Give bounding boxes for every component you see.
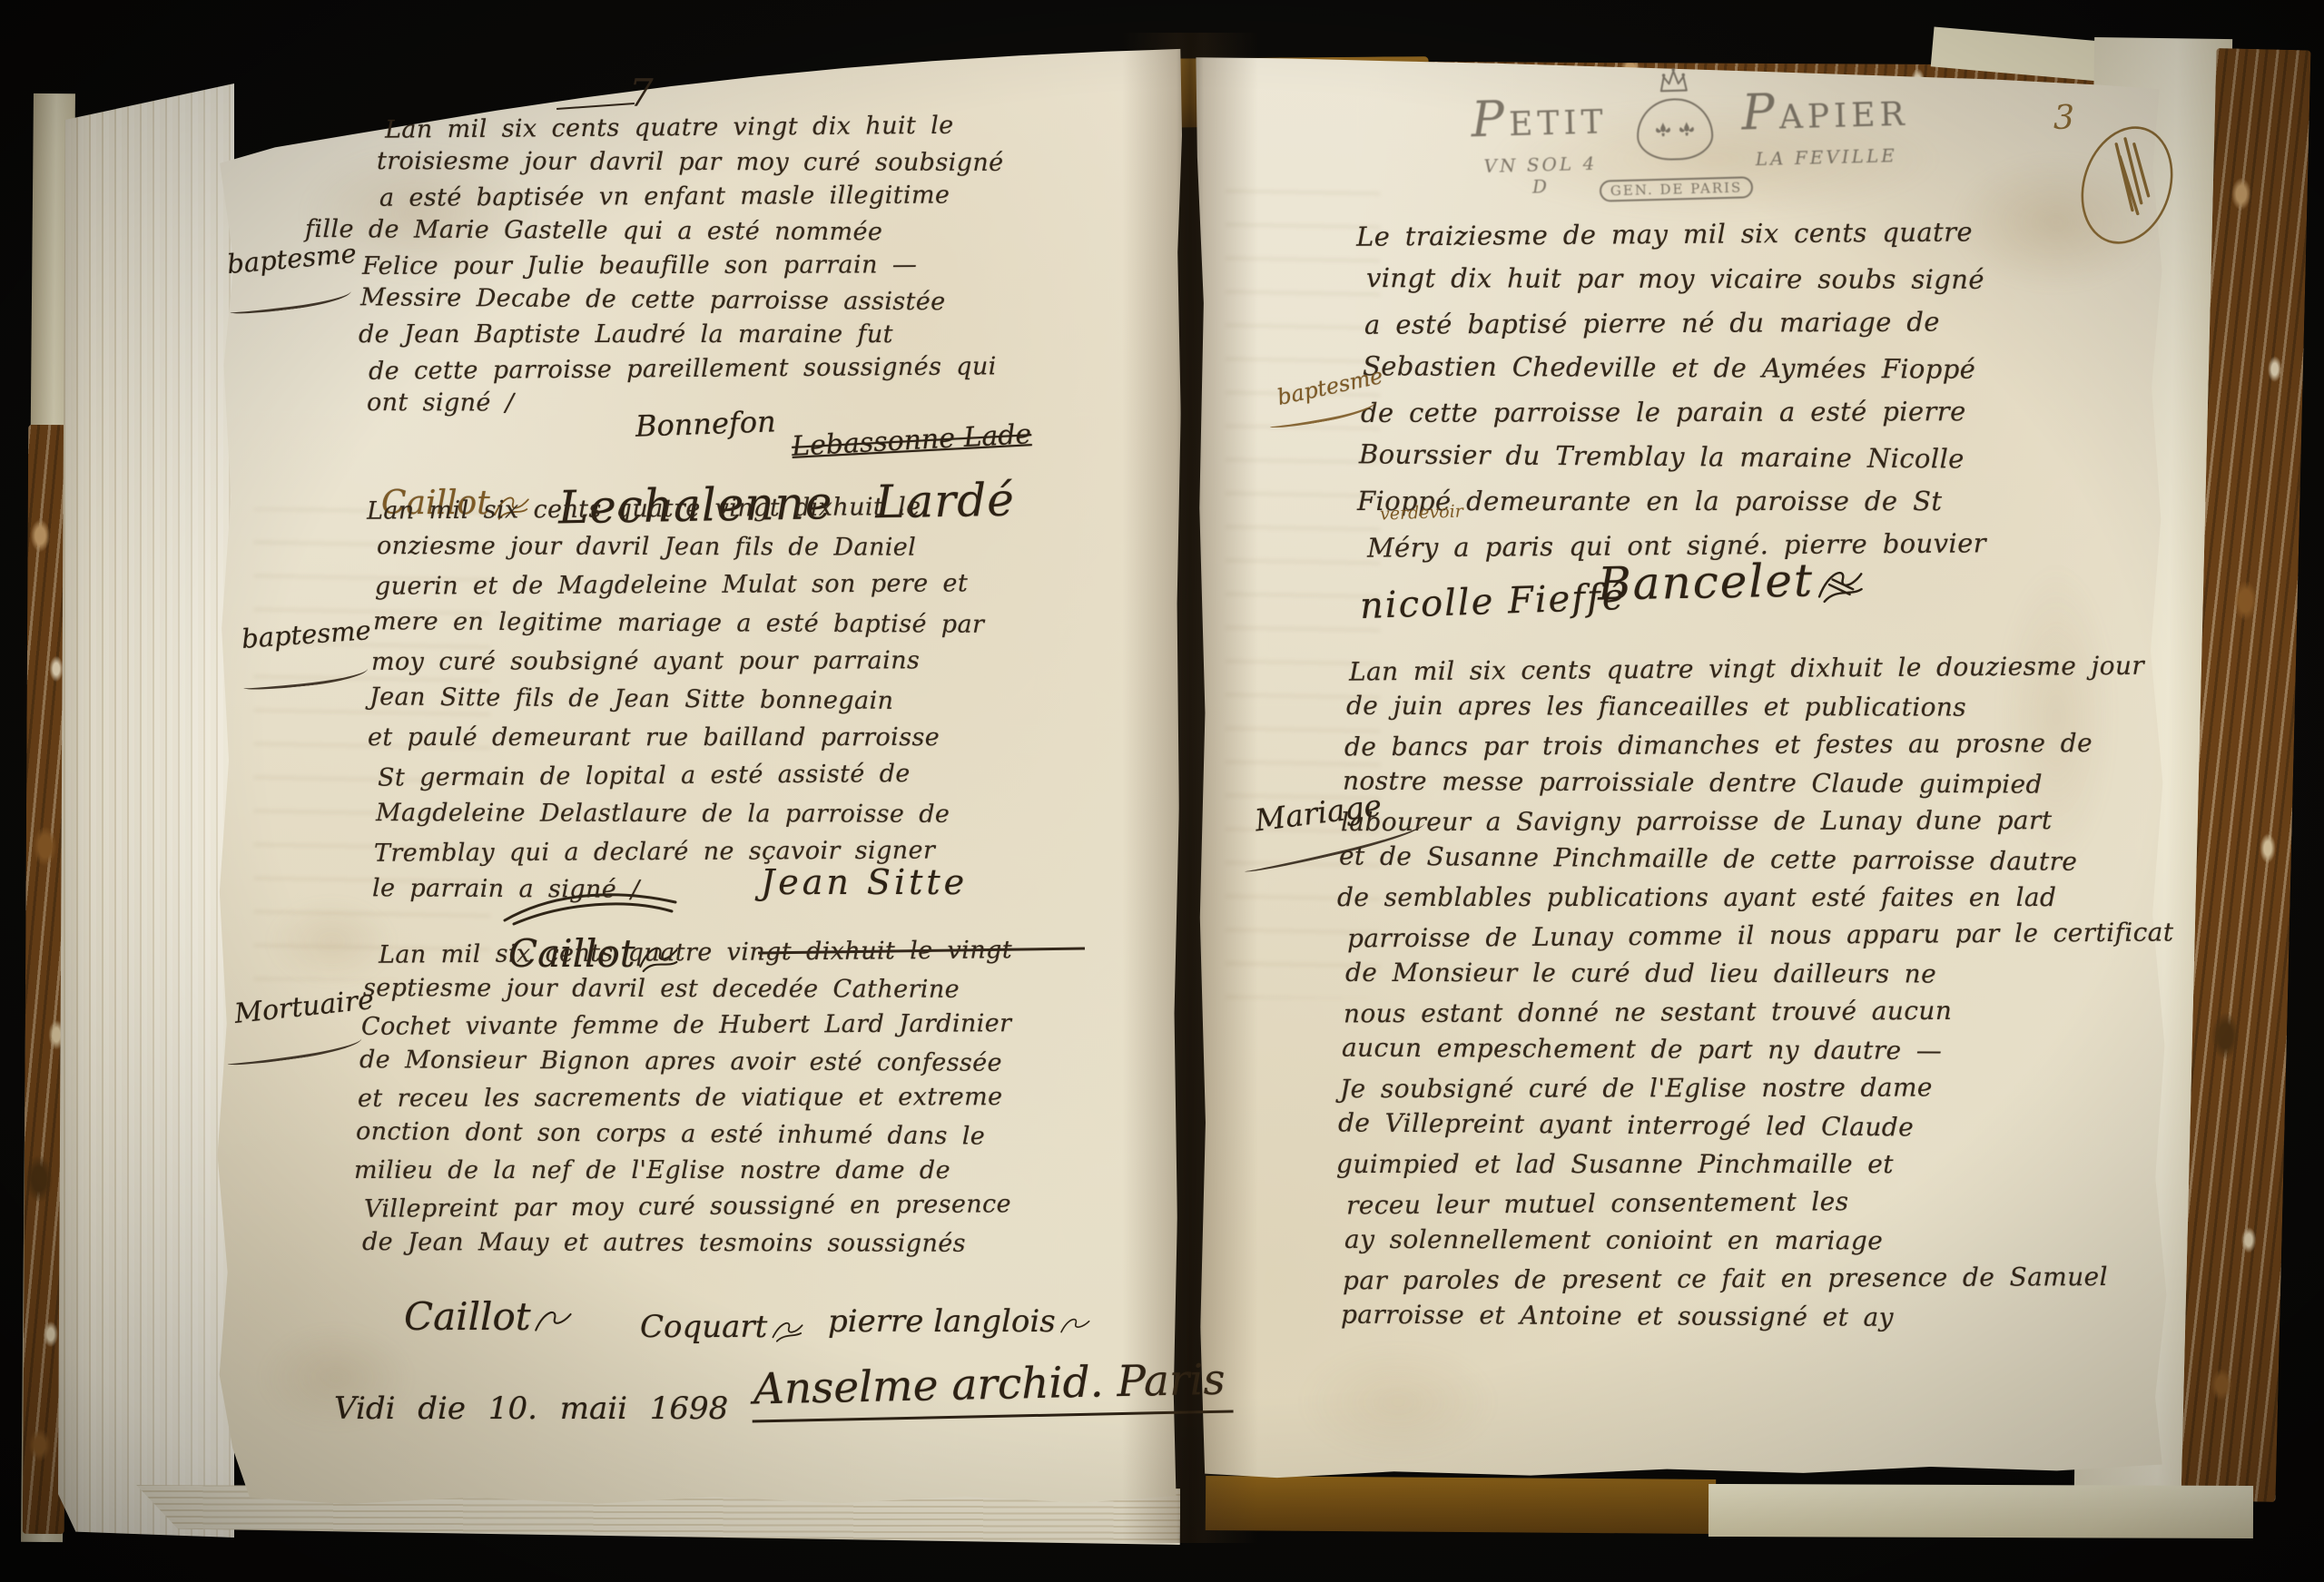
signature-text: Bancelet [1598, 554, 1815, 610]
signature-paraph-icon [769, 1313, 809, 1348]
handwritten-line: de Monsieur le curé dud lieu dailleurs n… [1345, 954, 2172, 994]
handwritten-line: nous estant donné ne sestant trouvé aucu… [1344, 991, 2171, 1034]
margin-note-flourish [226, 1032, 363, 1068]
handwritten-line: Messire Decabe de cette parroisse assist… [360, 280, 997, 320]
signature-paraph-icon [1058, 1310, 1094, 1342]
stamp-left-words: PETIT VN SOL 4 D [1471, 87, 1610, 199]
handwritten-line: septiesme jour davril est decedée Cather… [363, 970, 1022, 1008]
handwritten-line: de semblables publications ayant esté fa… [1337, 879, 2163, 917]
handwritten-line: Villepreint par moy curé soussigné en pr… [364, 1186, 1023, 1228]
handwritten-line: a esté baptisée vn enfant masle illegiti… [379, 178, 1002, 216]
handwritten-line: a esté baptisé pierre né du mariage de [1364, 300, 1984, 348]
handwritten-line: nostre messe parroissiale dentre Claude … [1343, 762, 2170, 805]
fleur-de-lis-icon [1679, 118, 1696, 140]
handwritten-line: Bourssier du Tremblay la maraine Nicolle [1359, 432, 1978, 481]
folio-number: 3 [2053, 100, 2074, 137]
stamp-word-petit: PETIT [1471, 87, 1608, 148]
handwritten-line: Sebastien Chedeville et de Aymées Fioppé [1363, 344, 1982, 392]
handwritten-line: receu leur mutuel consentement les [1346, 1180, 2173, 1224]
handwritten-line: de juin apres les fianceailles et public… [1346, 687, 2173, 727]
signature-text: pierre langlois [828, 1303, 1056, 1340]
handwritten-line: de bancs par trois dimanches et festes a… [1344, 724, 2171, 767]
photograph-open-register: 7 Lan mil six cents quatre vingt dix hui… [0, 0, 2324, 1582]
handwritten-line: onction dont son corps a esté inhumé dan… [356, 1114, 1015, 1155]
baptism-entry-1: Lan mil six cents quatre vingt dix huit … [363, 111, 1000, 421]
margin-note-burial: Mortuaire [233, 984, 376, 1030]
handwritten-line: et de Susanne Pinchmaille de cette parro… [1339, 837, 2166, 881]
handwritten-line: troisiesme jour davril par moy curé soub… [377, 144, 1004, 181]
royal-tax-stamp: PETIT VN SOL 4 D GEN. DE PARIS PAPIER LA… [1496, 62, 1884, 198]
fleur-de-lis-icon [1655, 119, 1672, 141]
handwritten-line: moy curé soubsigné ayant pour parrains [371, 642, 982, 682]
handwritten-line: Le traiziesme de may mil six cents quatr… [1356, 210, 1975, 259]
handwritten-line: Jean Sitte fils de Jean Sitte bonnegain [369, 678, 981, 721]
priest-signature: Caillot [404, 1294, 576, 1341]
stamp-word-un-sol: VN SOL 4 D [1472, 152, 1610, 199]
handwritten-line: vingt dix huit par moy vicaire soubs sig… [1366, 256, 1985, 302]
handwritten-line: Je soubsigné curé de l'Eglise nostre dam… [1340, 1068, 2167, 1108]
signature-paraph-icon [1816, 562, 1867, 606]
handwritten-line: parroisse et Antoine et soussigné et ay [1341, 1296, 2168, 1339]
signature-text: Caillot [404, 1294, 531, 1339]
handwritten-line: fille de Marie Gastelle qui a esté nommé… [305, 212, 1000, 251]
margin-note-baptism-1: baptesme [226, 238, 358, 280]
interline-correction: verdevoir [1380, 501, 1464, 524]
folio-paraph-icon [2073, 116, 2181, 254]
handwritten-line: et paulé demeurant rue bailland parroiss… [368, 719, 979, 757]
margin-note-flourish [229, 285, 352, 317]
stamp-word-la-feuille: LA FEVILLE [1742, 144, 1910, 171]
witness-signature: pierre langlois [828, 1303, 1094, 1342]
handwritten-line: Lan mil six cents quatre vingt dixhuit l… [1349, 647, 2163, 692]
handwritten-line: par paroles de present ce fait en presen… [1343, 1258, 2170, 1301]
handwritten-line: milieu de la nef de l'Eglise nostre dame… [354, 1153, 1013, 1189]
handwritten-line: de cette parroisse le parain a esté pier… [1361, 389, 1980, 436]
shield-fleur-de-lis-icon [1636, 97, 1714, 161]
godfather-signature: Jean Sitte [761, 862, 968, 902]
marriage-entry: Lan mil six cents quatre vingt dixhuit l… [1342, 650, 2168, 1336]
stamp-royal-arms: GEN. DE PARIS [1617, 66, 1733, 194]
stamp-word-papier: PAPIER [1741, 80, 1910, 142]
handwritten-line: Felice pour Julie beaufille son parrain … [362, 248, 999, 284]
handwritten-line: laboureur a Savigny parroisse de Lunay d… [1341, 801, 2168, 841]
handwritten-line: onziesme jour davril Jean fils de Daniel [377, 527, 988, 567]
entry-paraph-flourish-icon [501, 889, 683, 926]
stamp-banner: GEN. DE PARIS [1600, 176, 1754, 201]
handwritten-line: ay solennellement conioint en mariage [1344, 1221, 2171, 1261]
handwritten-line: guimpied et lad Susanne Pinchmaille et [1336, 1145, 2162, 1184]
vicar-signature: Bancelet [1598, 553, 1867, 610]
handwriting-layer: 7 Lan mil six cents quatre vingt dix hui… [0, 0, 2324, 1582]
head-mark: 7 [629, 71, 654, 115]
handwritten-line: de Monsieur Bignon apres avoir esté conf… [359, 1042, 1019, 1082]
margin-note-baptism-2: baptesme [241, 614, 372, 654]
handwritten-line: aucun empeschement de part ny dautre — [1342, 1029, 2169, 1072]
handwritten-line: mere en legitime mariage a esté baptisé … [373, 603, 985, 644]
handwritten-line: parroisse de Lunay comme il nous apparu … [1347, 913, 2174, 958]
handwritten-line: de cette parroisse pareillement soussign… [369, 349, 1005, 389]
margin-note-flourish [242, 663, 369, 693]
crown-icon [1653, 67, 1694, 93]
handwritten-line: Magdeleine Delastlaure de la parroisse d… [376, 794, 987, 834]
handwritten-line: et receu les sacrements de viatique et e… [358, 1079, 1017, 1117]
signature-paraph-icon [533, 1302, 576, 1341]
handwritten-line: de Jean Baptiste Laudré la maraine fut [359, 318, 995, 352]
burial-entry: Lan mil six cents quatre vingt dixhuit l… [359, 935, 1018, 1262]
witness-signature: Coquart [640, 1309, 809, 1348]
struck-signature: Lebassonne Lade [791, 418, 1032, 463]
handwritten-line: de Jean Mauy et autres tesmoins soussign… [362, 1224, 1021, 1263]
head-flourish-line [556, 103, 635, 110]
handwritten-line: Lan mil six cents quatre vingt dixhuit l… [379, 932, 1012, 973]
signature-text: Coquart [640, 1309, 767, 1345]
witness-signature: Bonnefon [635, 404, 776, 443]
handwritten-line: Lan mil six cents quatre vingt dix huit … [385, 108, 994, 147]
baptism-entry-2: Lan mil six cents quatre vingt dixhuit l… [372, 490, 983, 909]
godmother-signature: nicolle Fieffé [1359, 576, 1626, 627]
handwritten-line: guerin et de Magdeleine Mulat son pere e… [375, 565, 987, 606]
archdeacon-signature: Anselme archid. Paris [751, 1354, 1233, 1422]
handwritten-line: Cochet vivante femme de Hubert Lard Jard… [361, 1006, 1020, 1046]
handwritten-line: Lan mil six cents quatre vingt dixhuit l… [367, 487, 979, 530]
visitation-note: Vidi die 10. maii 1698 [334, 1390, 728, 1427]
stamp-right-words: PAPIER LA FEVILLE [1741, 80, 1911, 171]
handwritten-line: St germain de lopital a esté assisté de [378, 754, 990, 797]
handwritten-line: de Villepreint ayant interrogé led Claud… [1338, 1104, 2165, 1148]
